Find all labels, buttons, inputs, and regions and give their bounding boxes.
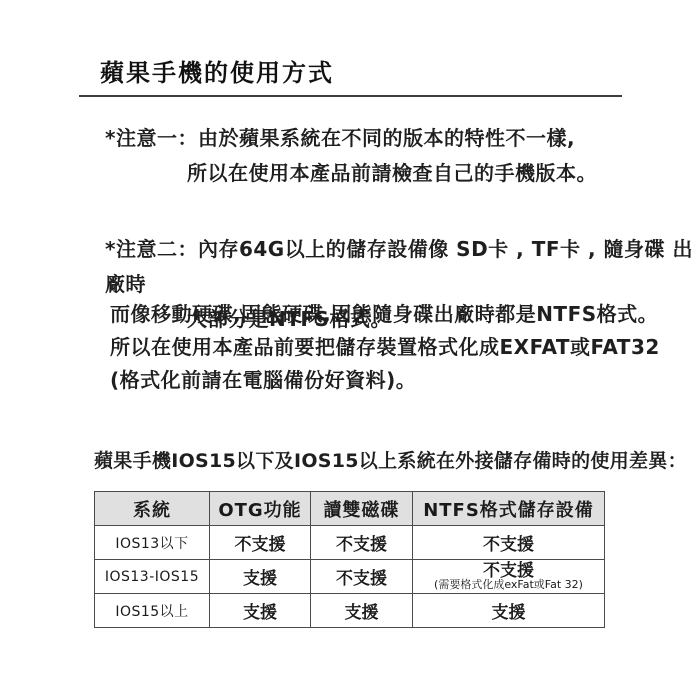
- page-title: 蘋果手機的使用方式: [100, 53, 334, 88]
- note-one-line2: 所以在使用本產品前請檢查自己的手機版本。: [187, 156, 597, 191]
- header-dual-disk: 讀雙磁碟: [311, 492, 413, 526]
- cell-system: IOS13-IOS15: [95, 560, 210, 594]
- cell-system: IOS15以上: [95, 594, 210, 628]
- header-system: 系統: [95, 492, 210, 526]
- cell-dual: 不支援: [311, 526, 413, 560]
- cell-ntfs: 不支援 (需要格式化成exFat或Fat 32): [413, 560, 605, 594]
- cell-otg: 支援: [210, 560, 311, 594]
- table-header-row: 系統 OTG功能 讀雙磁碟 NTFS格式儲存設備: [95, 492, 605, 526]
- cell-ntfs-note: (需要格式化成exFat或Fat 32): [413, 579, 604, 591]
- header-otg: OTG功能: [210, 492, 311, 526]
- title-underline: [79, 95, 622, 97]
- table-row: IOS13以下 不支援 不支援 不支援: [95, 526, 605, 560]
- paragraph-line3: (格式化前請在電腦備份好資料)。: [110, 364, 660, 397]
- table-row: IOS13-IOS15 支援 不支援 不支援 (需要格式化成exFat或Fat …: [95, 560, 605, 594]
- cell-otg: 不支援: [210, 526, 311, 560]
- cell-ntfs: 支援: [413, 594, 605, 628]
- note-one: *注意一：由於蘋果系統在不同的版本的特性不一樣, 所以在使用本產品前請檢查自己的…: [105, 121, 597, 191]
- note-two-line1: *注意二：內存64G以上的儲存設備像 SD卡 , TF卡 , 隨身碟 出廠時: [105, 232, 700, 302]
- cell-dual: 不支援: [311, 560, 413, 594]
- cell-system: IOS13以下: [95, 526, 210, 560]
- paragraph-line2: 所以在使用本產品前要把儲存裝置格式化成EXFAT或FAT32: [110, 331, 660, 364]
- cell-ntfs: 不支援: [413, 526, 605, 560]
- instruction-page: 蘋果手機的使用方式 *注意一：由於蘋果系統在不同的版本的特性不一樣, 所以在使用…: [0, 0, 700, 700]
- paragraph-line1: 而像移動硬碟,固態硬碟,固態隨身碟出廠時都是NTFS格式。: [110, 298, 660, 331]
- table-row: IOS15以上 支援 支援 支援: [95, 594, 605, 628]
- table-intro: 蘋果手機IOS15以下及IOS15以上系統在外接儲存備時的使用差異：: [94, 446, 687, 473]
- cell-dual: 支援: [311, 594, 413, 628]
- header-ntfs: NTFS格式儲存設備: [413, 492, 605, 526]
- compatibility-table: 系統 OTG功能 讀雙磁碟 NTFS格式儲存設備 IOS13以下 不支援 不支援…: [94, 491, 605, 628]
- note-one-line1: *注意一：由於蘋果系統在不同的版本的特性不一樣,: [105, 121, 597, 156]
- cell-otg: 支援: [210, 594, 311, 628]
- format-instructions-paragraph: 而像移動硬碟,固態硬碟,固態隨身碟出廠時都是NTFS格式。 所以在使用本產品前要…: [110, 298, 660, 397]
